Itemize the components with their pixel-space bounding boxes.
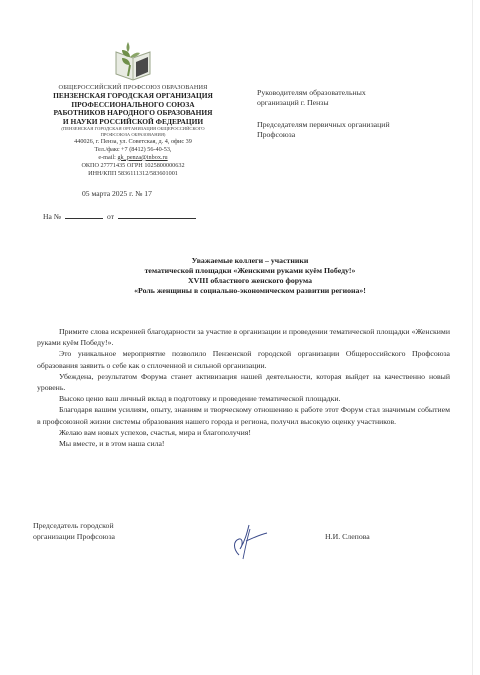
body-paragraph: Это уникальное мероприятие позволило Пен… xyxy=(37,348,450,370)
signatory-title: Председатель городской организации Профс… xyxy=(33,521,115,542)
handwritten-signature-icon xyxy=(223,521,273,561)
ref-from: от xyxy=(107,212,114,221)
recipient: Председателям первичных организаций Проф… xyxy=(257,120,467,140)
signatory-title-line: Председатель городской xyxy=(33,521,114,530)
document-date-number: 05 марта 2025 г. № 17 xyxy=(82,189,152,198)
salutation-line: Уважаемые коллеги – участники xyxy=(40,256,460,266)
recipient-line: Профсоюза xyxy=(257,130,295,139)
recipients: Руководителям образовательных организаци… xyxy=(257,88,467,152)
address: 440026, г. Пенза, ул. Советская, д. 4, о… xyxy=(28,138,238,146)
recipient-line: Председателям первичных организаций xyxy=(257,120,390,129)
page-edge xyxy=(472,0,473,675)
letterhead: ОБЩЕРОССИЙСКИЙ ПРОФСОЮЗ ОБРАЗОВАНИЯ ПЕНЗ… xyxy=(28,38,238,178)
body-paragraph: Желаю вам новых успехов, счастья, мира и… xyxy=(37,427,450,438)
letter-body: Примите слова искренней благодарности за… xyxy=(37,326,450,449)
recipient-line: Руководителям образовательных xyxy=(257,88,366,97)
recipient: Руководителям образовательных организаци… xyxy=(257,88,467,108)
phone: Тел./факс +7 (8412) 56-40-53, xyxy=(28,146,238,154)
okpo-ogrn: ОКПО 27771435 ОГРН 1025800000632 xyxy=(28,162,238,170)
org-name-line: И НАУКИ РОССИЙСКОЙ ФЕДЕРАЦИИ xyxy=(28,118,238,127)
body-paragraph: Высоко ценю ваш личный вклад в подготовк… xyxy=(37,393,450,404)
salutation-line: тематической площадки «Женскими руками к… xyxy=(40,266,460,276)
reference-line: На № от xyxy=(43,210,196,221)
inn-kpp: ИНН/КПП 5836111312/583601001 xyxy=(28,170,238,178)
body-paragraph: Мы вместе, и в этом наша сила! xyxy=(37,438,450,449)
body-paragraph: Убеждена, результатом Форума станет акти… xyxy=(37,371,450,393)
union-logo-icon xyxy=(112,38,154,82)
salutation: Уважаемые коллеги – участники тематическ… xyxy=(40,256,460,296)
signatory-title-line: организации Профсоюза xyxy=(33,532,115,541)
signatory-name: Н.И. Слепова xyxy=(325,532,370,541)
salutation-line: XVIII областного женского форума xyxy=(40,276,460,286)
body-paragraph: Примите слова искренней благодарности за… xyxy=(37,326,450,348)
body-paragraph: Благодаря вашим усилиям, опыту, знаниям … xyxy=(37,404,450,426)
email-line: e-mail: gk_penza@inbox.ru xyxy=(28,154,238,162)
salutation-line: «Роль женщины в социально-экономическом … xyxy=(40,286,460,296)
ref-number-blank xyxy=(65,210,103,219)
recipient-line: организаций г. Пензы xyxy=(257,98,329,107)
email-link[interactable]: gk_penza@inbox.ru xyxy=(117,154,167,161)
ref-date-blank xyxy=(118,210,196,219)
email-label: e-mail: xyxy=(98,154,117,161)
ref-prefix: На № xyxy=(43,212,61,221)
